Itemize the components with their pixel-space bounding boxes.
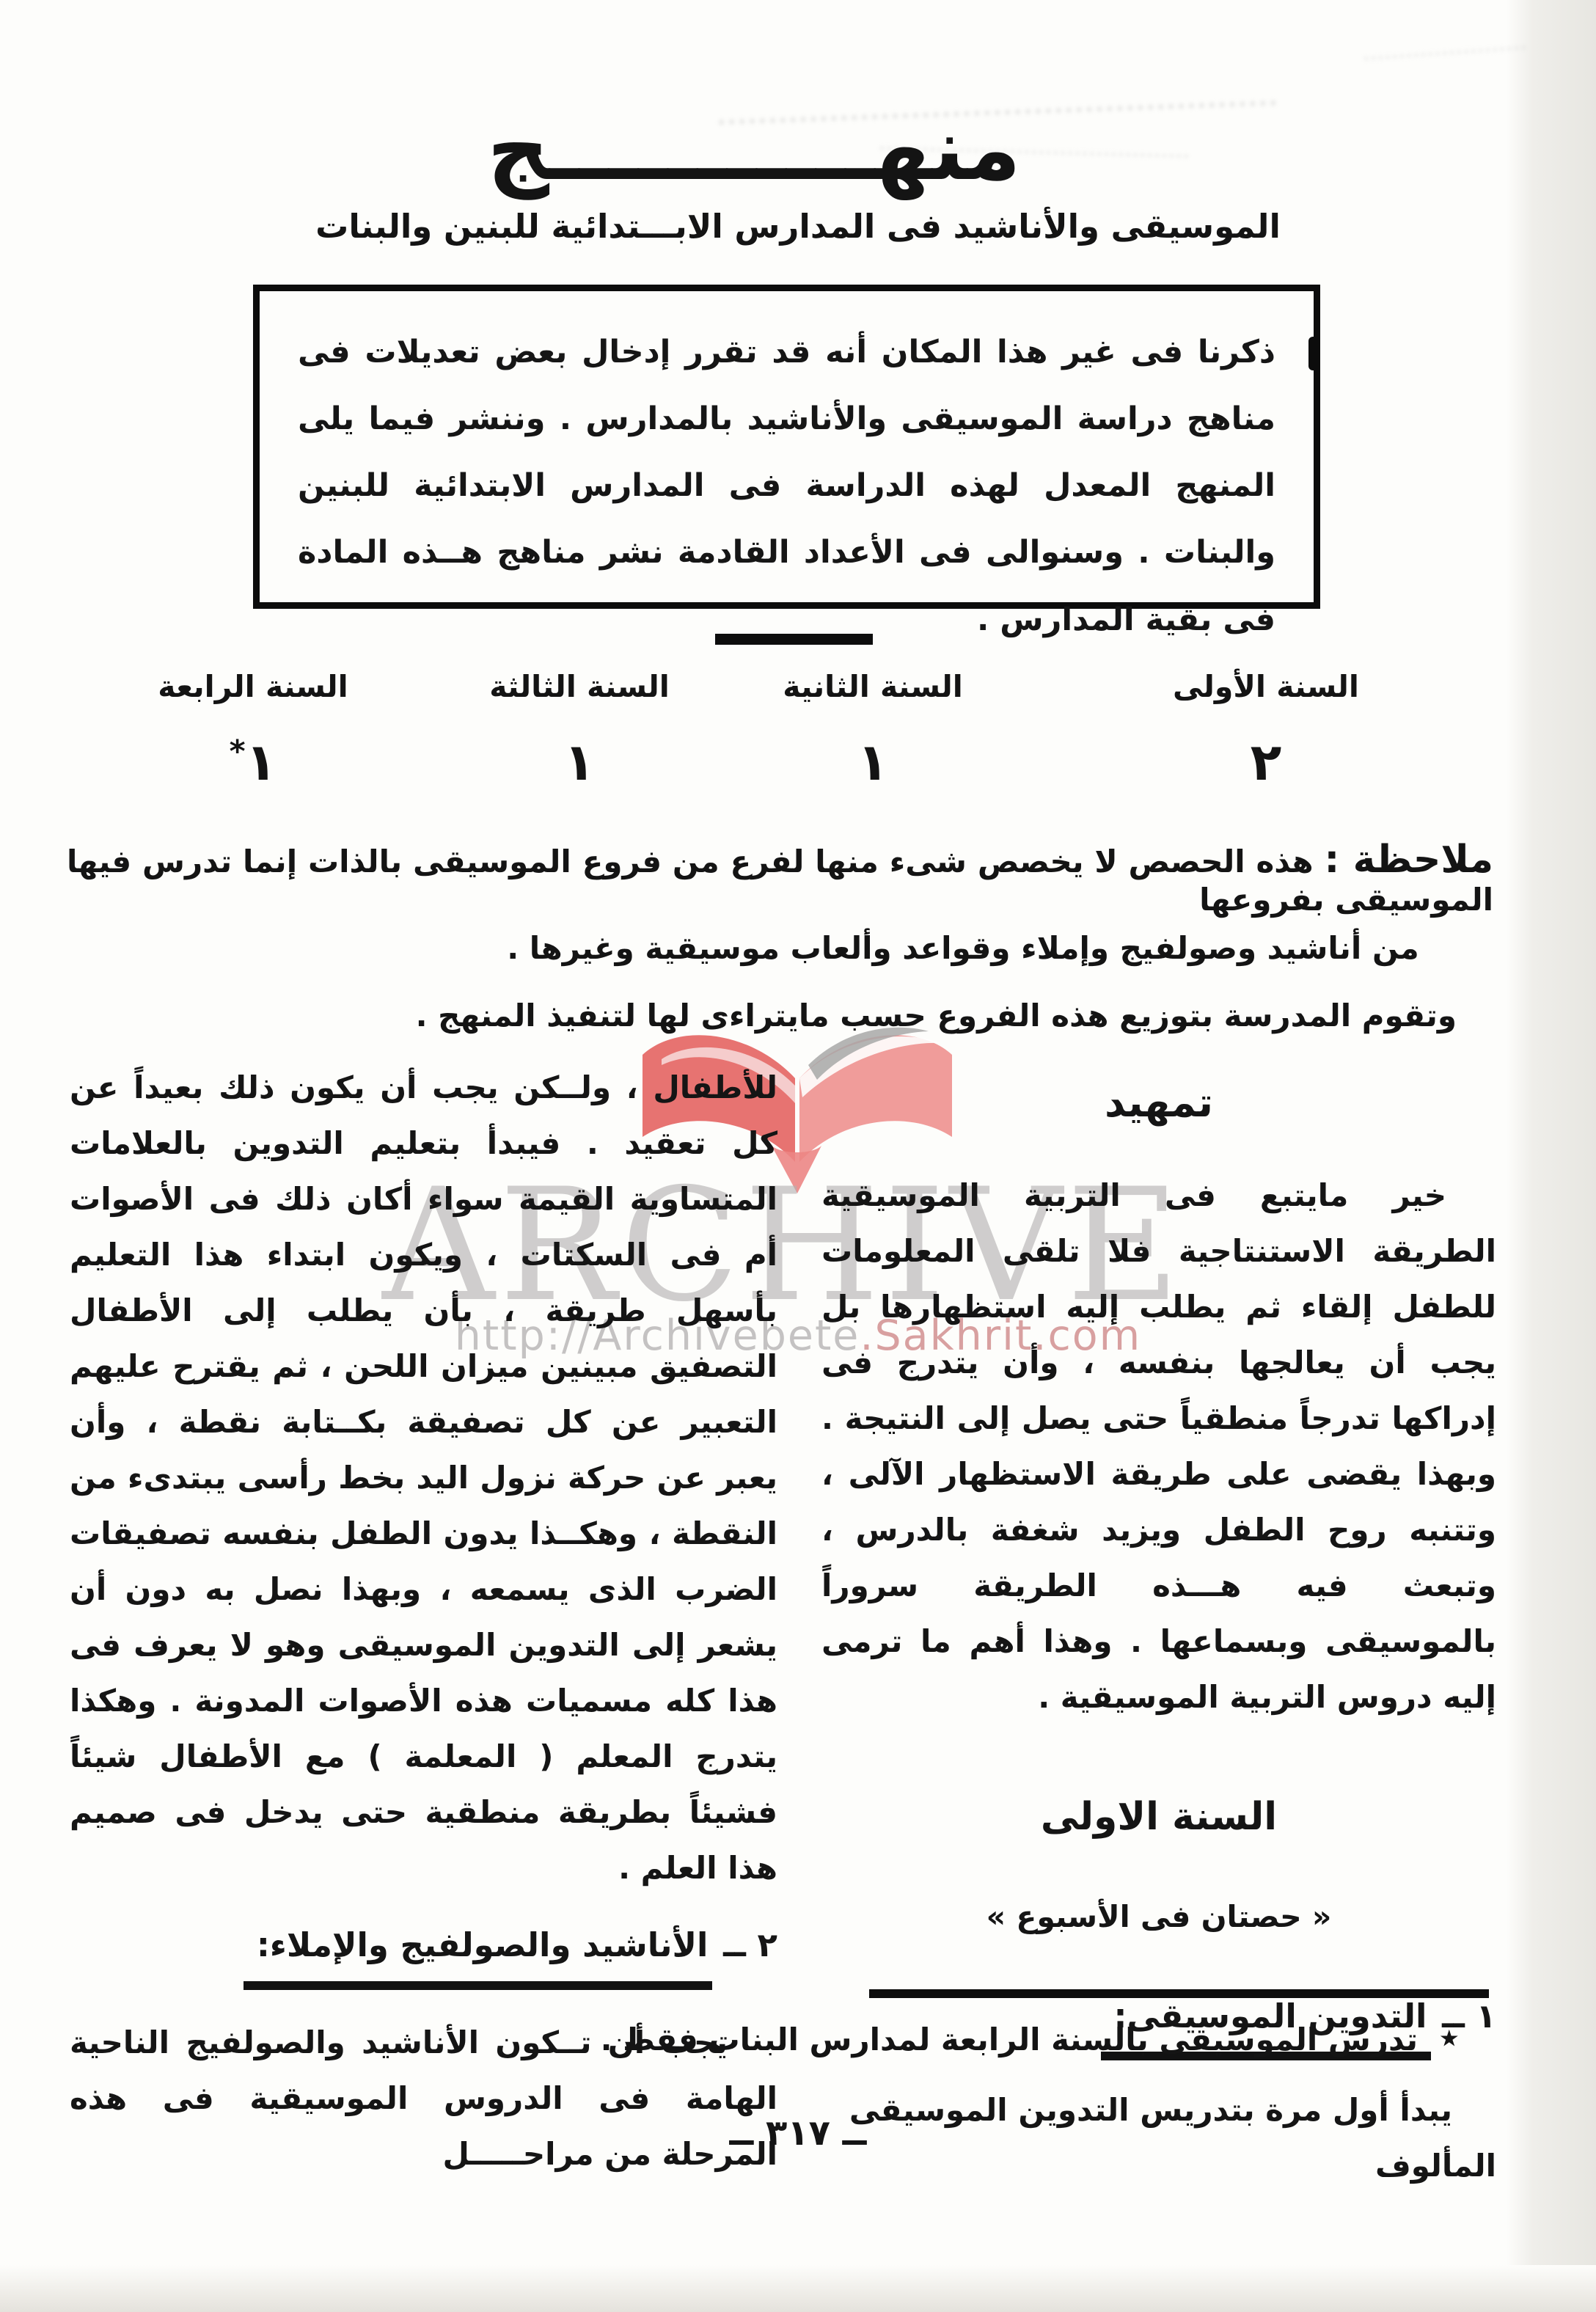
scan-artifact (1364, 45, 1526, 60)
page-title: منهـــــــــــج (0, 87, 1552, 211)
page-edge-shade-bottom (0, 2265, 1596, 2312)
remark-line-1: ملاحظة : هذه الحصص لا يخصص شىء منها لفرع… (67, 838, 1493, 918)
first-year-heading: السنة الاولى (821, 1782, 1496, 1851)
editorial-box: ذكرنا فى غير هذا المكان أنه قد تقرر إدخا… (253, 285, 1320, 609)
footnote-text: تدرس الموسيقى بالسنة الرابعة لمدارس البن… (601, 2022, 1418, 2057)
preface-paragraph: خير مايتبع فى التربية الموسيقية الطريقة … (821, 1168, 1496, 1725)
weekly-periods-subheading: « حصتان فى الأسبوع » (821, 1890, 1496, 1944)
page-number: ــ ٣١٧ ــ (0, 2112, 1596, 2154)
page-edge-shade-right (1507, 0, 1596, 2312)
continuation-paragraph: للأطفال ، ولــكن يجب أن يكون ذلك بعيداً … (70, 1060, 777, 1896)
page-subtitle: الموسيقى والأناشيد فى المدارس الابـــتدا… (0, 207, 1596, 246)
year-2-periods: ١ (857, 732, 889, 792)
year-4-periods: *١ (230, 732, 277, 792)
year-3-label: السنة الثالثة (489, 669, 670, 704)
footnote-marker: ٭ (1439, 2016, 1460, 2060)
anasheed-solfege-number: ٢ ــ (723, 1925, 777, 1964)
remark-line-2: من أناشيد وصولفيج وإملاء وقواعد وألعاب م… (0, 930, 1596, 966)
year-2-label: السنة الثانية (783, 669, 963, 704)
anasheed-solfege-heading: ٢ ــ الأناشيد والصولفيج والإملاء: (70, 1915, 777, 1989)
editorial-box-text: ذكرنا فى غير هذا المكان أنه قد تقرر إدخا… (298, 319, 1275, 654)
preface-heading: تمهيد (821, 1067, 1496, 1140)
column-left: للأطفال ، ولــكن يجب أن يكون ذلك بعيداً … (70, 1060, 777, 2182)
anasheed-solfege-title: الأناشيد والصولفيج والإملاء: (244, 1915, 713, 1989)
scanned-magazine-page: منهـــــــــــج الموسيقى والأناشيد فى ال… (0, 0, 1596, 2312)
year-1-label: السنة الأولى (1173, 669, 1359, 704)
footnote-rule (869, 1989, 1489, 1998)
year-3-periods: ١ (564, 732, 596, 792)
section-divider-rule (715, 634, 873, 645)
remark-text: هذه الحصص لا يخصص شىء منها لفرع من فروع … (67, 844, 1493, 918)
year-4-label: السنة الرابعة (158, 669, 348, 704)
footnote: ٭ تدرس الموسيقى بالسنة الرابعة لمدارس ال… (506, 2016, 1460, 2060)
footnote-star-marker: * (230, 734, 246, 769)
remark-label: ملاحظة : (1325, 838, 1493, 882)
year-1-periods: ٢ (1251, 732, 1282, 792)
